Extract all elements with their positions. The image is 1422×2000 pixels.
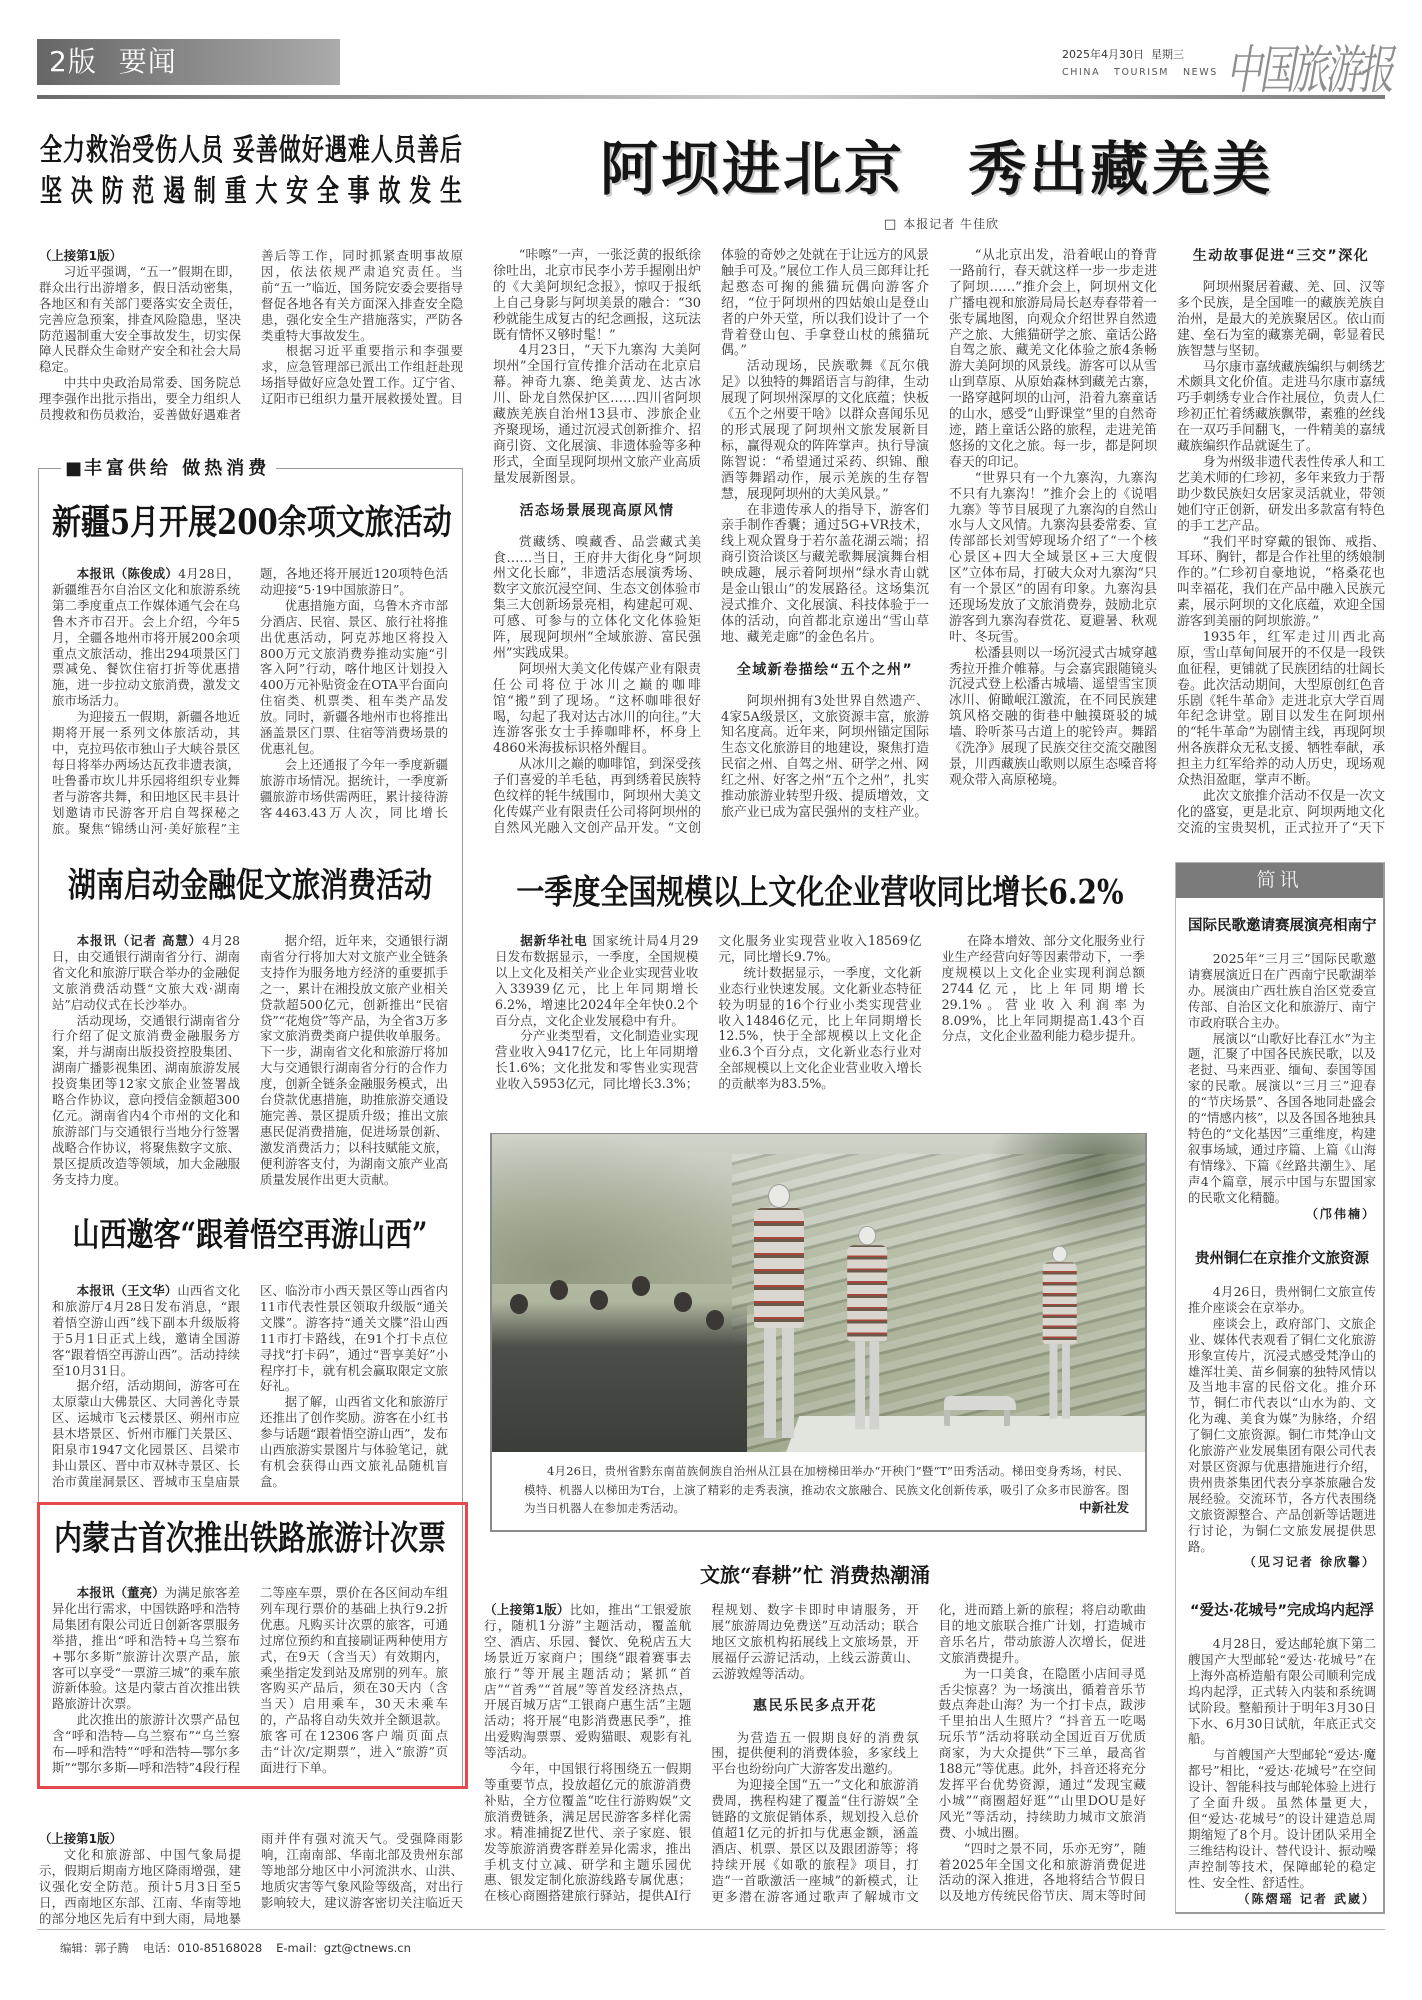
photo-person-head (590, 1290, 608, 1310)
paragraph: 阿坝州拥有3处世界自然遗产、4家5A级景区，文旅资源丰富，旅游知名度高。近年来，… (721, 694, 929, 821)
news-photo (492, 1134, 1145, 1452)
footer-email: E-mail：gzt@ctnews.cn (276, 1941, 411, 1955)
spring-story-body: （上接第1版）比如，推出“工银爱旅行，随机1分游”主题活动，覆盖航空、酒店、乐园… (484, 1602, 1146, 1910)
brief-author: （邝伟楠） (1188, 1207, 1376, 1223)
robot-head (858, 1226, 876, 1245)
paragraph: 在非遗传承人的指导下，游客们亲手制作香囊；通过5G+VR技术，线上观众置身于若尔… (721, 503, 929, 646)
paragraph: “世界只有一个九寨沟，九寨沟不只有九寨沟！”推介会上的《说唱九寨》等节目展现了九… (949, 471, 1157, 646)
photo-robot-dog (944, 1396, 1016, 1426)
brief-item: 国际民歌邀请赛展演亮相南宁 2025年“三月三”国际民歌邀请赛展演近日在广西南宁… (1188, 916, 1376, 1222)
photo-humanoid-robot (750, 1184, 808, 1439)
paragraph: （上接第1版）比如，推出“工银爱旅行，随机1分游”主题活动，覆盖航空、酒店、乐园… (484, 1602, 691, 1761)
photo-credit: 中新社发 (1079, 1499, 1129, 1518)
aba-headline: 阿坝进北京 秀出藏羌美 (600, 140, 1273, 198)
inner-mongolia-article-body: 本报讯（董亮）为满足旅客差异化出行需求，中国铁路呼和浩特局集团有限公司近日创新客… (52, 1585, 448, 1779)
paragraph: 4月23日，“天下九寨沟 大美阿坝州”全国行宣传推介活动在北京启幕。神奇九寨、绝… (493, 343, 701, 486)
brief-author: （见习记者 徐欣馨） (1188, 1555, 1376, 1571)
subhead: 生动故事促进“三交”深化 (1177, 248, 1385, 264)
dateline: 本报讯（王文华） (77, 1283, 178, 1298)
paragraph-text: 4月28日，新疆维吾尔自治区文化和旅游系统第二季度重点工作媒体通气会在乌鲁木齐市… (52, 566, 240, 708)
paper-logo: 中国旅游报 (1226, 30, 1391, 104)
continued-from-label: （上接第1版） (484, 1602, 570, 1617)
photo-caption: 4月26日，贵州省黔东南苗族侗族自治州从江县在加榜梯田举办“开秧门”暨“T”田秀… (492, 1452, 1145, 1518)
paragraph: 阿坝州大美文化传媒产业有限责任公司将位于冰川之巅的咖啡馆“搬”到了现场。“这杯咖… (493, 662, 701, 757)
robot-legs (1050, 1344, 1070, 1419)
subhead: 全域新卷描绘“五个之州” (721, 662, 929, 678)
continued-story-bottom: （上接第1版） 文化和旅游部、中国气象局提示，假期后期南方地区降雨增强，建议强化… (39, 1831, 463, 1929)
issue-date: 2025年4月30日 星期三 (1062, 46, 1184, 62)
paragraph: 座谈会上，政府部门、文旅企业、媒体代表观看了铜仁文化旅游形象宣传片，沉浸式感受梵… (1188, 1316, 1376, 1555)
xinjiang-headline: 新疆5月开展200余项文旅活动 (52, 505, 448, 540)
footer-phone: 电话：010-85168028 (143, 1941, 262, 1955)
lead-headline-line-1: 全力救治受伤人员 妥善做好遇难人员善后 (40, 135, 462, 165)
dateline: 据新华社电 (520, 933, 587, 948)
page-footer: 编辑：郭子腾电话：010-85168028E-mail：gzt@ctnews.c… (60, 1940, 425, 1956)
paragraph: 1935年，红军走过川西北高原，雪山草甸间展开的不仅是一段铁血征程，更铺就了民族… (1177, 630, 1385, 789)
paragraph: 马尔康市嘉绒藏族编织与刺绣艺术颇具文化价值。走进马尔康市嘉绒巧手刺绣专业合作社展… (1177, 360, 1385, 455)
briefs-column: 简讯 国际民歌邀请赛展演亮相南宁 2025年“三月三”国际民歌邀请赛展演近日在广… (1175, 862, 1385, 1914)
dateline: 本报讯（记者 高慧） (77, 933, 202, 948)
paragraph: 本报讯（董亮）为满足旅客差异化出行需求，中国铁路呼和浩特局集团有限公司近日创新客… (52, 1585, 240, 1712)
photo-person-head (674, 1292, 692, 1312)
paragraph: 与首艘国产大型邮轮“爱达·魔都号”相比，“爱达·花城号”在空间设计、智能科技与邮… (1188, 1747, 1376, 1890)
byline-text: 本报记者 牛佳欣 (903, 217, 999, 231)
paragraph: “咔嚓”一声，一张泛黄的报纸徐徐吐出，北京市民李小芳手握刚出炉的《大美阿坝纪念报… (493, 248, 701, 343)
paragraph: 为营造五一假期良好的消费氛围，提供便利的消费体验，多家线上平台也纷纷向广大游客发… (711, 1730, 918, 1778)
robot-costume (754, 1208, 804, 1328)
continued-from-label: （上接第1版） (39, 248, 241, 264)
paper-name-english: CHINA TOURISM NEWS (1062, 67, 1218, 78)
footer-rule (37, 1929, 1385, 1930)
brief-item: “爱达·花城号”完成坞内起浮 4月28日，爱达邮轮旗下第二艘国产大型邮轮“爱达·… (1188, 1601, 1376, 1907)
brief-title: 国际民歌邀请赛展演亮相南宁 (1188, 916, 1376, 936)
footer-editor: 编辑：郭子腾 (60, 1941, 129, 1955)
paragraph: 为一口美食，在隐匿小店间寻觅舌尖惊喜？为一场演出，循着音乐节鼓点奔赴山海？为一个… (939, 1666, 1146, 1841)
photo-humanoid-robot (844, 1226, 890, 1430)
culture-revenue-body: 据新华社电 国家统计局4月29日发布数据显示，一季度，全国规模以上文化及相关产业… (495, 933, 1145, 1113)
brief-title: “爱达·花城号”完成坞内起浮 (1188, 1601, 1376, 1621)
robot-head (768, 1184, 790, 1208)
paragraph: 2025年“三月三”国际民歌邀请赛展演近日在广西南宁民歌湖举办。展演由广西壮族自… (1188, 951, 1376, 1031)
culture-revenue-headline: 一季度全国规模以上文化企业营收同比增长6.2% (495, 876, 1145, 910)
paragraph: 松潘县则以一场沉浸式古城穿越秀拉开推介帷幕。与会嘉宾跟随镜头沉浸式登上松潘古城墙… (949, 646, 1157, 789)
paragraph: 身为州级非遗代表性传承人和工艺美术师的仁珍初，多年来致力于帮助少数民族妇女居家灵… (1177, 455, 1385, 535)
subhead: 活态场景展现高原风情 (493, 503, 701, 519)
paragraph: 展演以“山歌好比春江水”为主题，汇聚了中国各民族民歌，以及老挝、马来西亚、缅甸、… (1188, 1031, 1376, 1206)
section-label-text: 丰富供给 做热消费 (84, 458, 270, 479)
xinjiang-article-body: 本报讯（陈俊成）4月28日，新疆维吾尔自治区文化和旅游系统第二季度重点工作媒体通… (52, 566, 448, 840)
page-section-label: 2版 要闻 (37, 39, 340, 85)
shanxi-headline: 山西邀客“跟着悟空再游山西” (52, 1219, 448, 1251)
brief-title: 贵州铜仁在京推介文旅资源 (1188, 1249, 1376, 1269)
brief-item: 贵州铜仁在京推介文旅资源 4月26日，贵州铜仁文旅宣传推介座谈会在京举办。 座谈… (1188, 1249, 1376, 1571)
paragraph: 本报讯（王文华）山西省文化和旅游厅4月28日发布消息，“跟着悟空游山西”线下副本… (52, 1283, 240, 1378)
photo-person-head (550, 1280, 568, 1300)
paragraph: 习近平强调，“五一”假期在即，群众出行出游增多，假日活动密集，各地区和有关部门要… (39, 264, 241, 375)
paragraph: 4月28日，爱达邮轮旗下第二艘国产大型邮轮“爱达·花城号”在上海外高桥造船有限公… (1188, 1636, 1376, 1747)
hunan-headline: 湖南启动金融促文旅消费活动 (52, 869, 448, 903)
dateline: 本报讯（陈俊成） (77, 566, 178, 581)
lead-headline-line-2: 坚决防范遏制重大安全事故发生 (40, 176, 462, 206)
paragraph: 活动现场，交通银行湖南省分行介绍了促文旅消费金融服务方案，并与湖南出版投资控股集… (52, 1013, 240, 1188)
paragraph: 在降本增效、部分文化服务业行业生产经营向好等因素带动下，一季度规模以上文化企业实… (942, 933, 1145, 1044)
paragraph: 据新华社电 国家统计局4月29日发布数据显示，一季度，全国规模以上文化及相关产业… (495, 933, 698, 1028)
paragraph: 赏藏绣、嗅藏香、品尝藏式美食……当日，王府井大街化身“阿坝州文化长廊”，非遗活态… (493, 535, 701, 662)
section-label: ■丰富供给 做热消费 (61, 457, 276, 481)
hunan-article-body: 本报讯（记者 高慧）4月28日，由交通银行湖南省分行、湖南省文化和旅游厅联合举办… (52, 933, 448, 1189)
robot-head (1052, 1246, 1067, 1262)
hollow-square-icon: □ (884, 217, 897, 232)
lead-story-body: （上接第1版） 习近平强调，“五一”假期在即，群众出行出游增多，假日活动密集，各… (39, 248, 463, 430)
robot-legs (764, 1328, 794, 1438)
brief-author: （陈熠瑶 记者 武崴） (1188, 1892, 1376, 1908)
continued-from-label: （上接第1版） (39, 1831, 241, 1847)
photo-frame: 4月26日，贵州省黔东南苗族侗族自治州从江县在加榜梯田举办“开秧门”暨“T”田秀… (490, 1133, 1147, 1532)
paragraph: 阿坝州聚居着藏、羌、回、汉等多个民族，是全国唯一的藏族羌族自治州，是最大的羌族聚… (1177, 280, 1385, 360)
square-bullet-icon: ■ (65, 458, 84, 479)
subhead: 惠民乐民多点开花 (711, 1698, 918, 1714)
photo-person-head (706, 1310, 724, 1330)
paragraph: 统计数据显示，一季度，文化新业态行业快速发展。文化新业态特征较为明显的16个行业… (718, 965, 921, 1092)
robot-costume (1043, 1262, 1077, 1344)
caption-text: 4月26日，贵州省黔东南苗族侗族自治州从江县在加榜梯田举办“开秧门”暨“T”田秀… (524, 1464, 1129, 1515)
paragraph-text: 为满足旅客差异化出行需求，中国铁路呼和浩特局集团有限公司近日创新客票服务举措，推… (52, 1585, 240, 1711)
paragraph: 据介绍，近年来，交通银行湖南省分行将加大对文旅产业全链条支持作为服务地方经济的重… (260, 933, 448, 1188)
paragraph: “从北京出发，沿着岷山的脊背一路前行，春天就这样一步一步走进了阿坝……”推介会上… (949, 248, 1157, 471)
paragraph: 本报讯（陈俊成）4月28日，新疆维吾尔自治区文化和旅游系统第二季度重点工作媒体通… (52, 566, 240, 709)
briefs-header: 简讯 (1176, 863, 1383, 898)
paragraph: 据了解，山西省文化和旅游厅还推出了创作奖励。游客在小红书参与话题“跟着悟空游山西… (260, 1394, 448, 1489)
paragraph: 4月26日，贵州铜仁文旅宣传推介座谈会在京举办。 (1188, 1284, 1376, 1316)
paragraph: 活动现场，民族歌舞《瓦尔俄足》以独特的舞蹈语言与韵律，生动展现了阿坝州深厚的文化… (721, 359, 929, 502)
paragraph: “我们平时穿戴的银饰、戒指、耳环、胸针，都是合作社里的绣娘制作的。”仁珍初自豪地… (1177, 535, 1385, 630)
shanxi-article-body: 本报讯（王文华）山西省文化和旅游厅4月28日发布消息，“跟着悟空游山西”线下副本… (52, 1283, 448, 1493)
byline: □本报记者 牛佳欣 (884, 215, 999, 232)
photo-person-head (510, 1294, 528, 1314)
photo-humanoid-robot (1040, 1246, 1079, 1419)
inner-mongolia-headline: 内蒙古首次推出铁路旅游计次票 (52, 1522, 448, 1556)
paragraph: 本报讯（记者 高慧）4月28日，由交通银行湖南省分行、湖南省文化和旅游厅联合举办… (52, 933, 240, 1013)
masthead-rule (37, 95, 1385, 99)
photo-person-head (632, 1276, 650, 1296)
paragraph: 优惠措施方面，乌鲁木齐市部分酒店、民宿、景区、旅行社将推出优惠活动，阿克苏地区将… (260, 598, 448, 757)
robot-legs (855, 1341, 879, 1429)
robot-costume (847, 1245, 887, 1341)
dateline: 本报讯（董亮） (77, 1585, 165, 1600)
paragraph-text: 比如，推出“工银爱旅行，随机1分游”主题活动，覆盖航空、酒店、乐园、餐饮、免税店… (484, 1602, 691, 1760)
aba-story-body: “咔嚓”一声，一张泛黄的报纸徐徐吐出，北京市民李小芳手握刚出炉的《大美阿坝纪念报… (493, 248, 1385, 840)
spring-story-headline: 文旅“春耕”忙 消费热潮涌 (484, 1565, 1146, 1585)
